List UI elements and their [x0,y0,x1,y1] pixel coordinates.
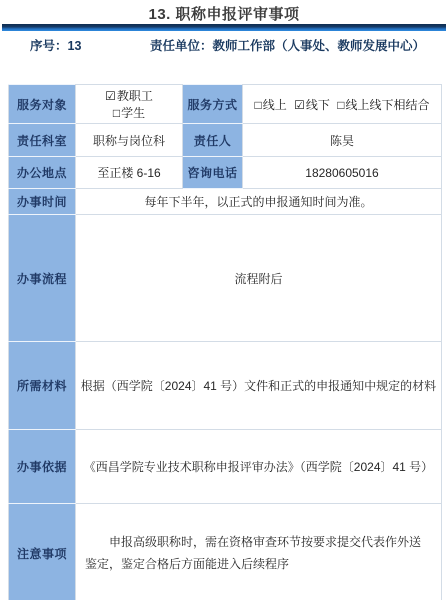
checkbox-checked-icon: ☑ [105,89,116,103]
phone-value-cell: 18280605016 [243,157,442,189]
checkbox-option-label: 教职工 [117,89,153,103]
serial-number-label: 序号： [30,39,68,53]
legal-basis-label-cell: 办事依据 [9,430,76,504]
service-time-value-cell: 每年下半年，以正式的申报通知时间为准。 [76,189,442,215]
checkbox-unchecked-icon: □ [113,106,120,120]
checkbox-unchecked-icon: □ [337,98,344,112]
checkbox-option-label: 线上 [263,98,287,112]
service-time-label-cell: 办事时间 [9,189,76,215]
checkbox-option: ☑教职工 [105,87,153,104]
table-row: 办公地点 至正楼 6-16 咨询电话 18280605016 [9,157,442,189]
notes-value-cell: 申报高级职称时，需在资格审查环节按要求提交代表作外送鉴定，鉴定合格后方面能进入后… [76,504,442,600]
phone-label-cell: 咨询电话 [183,157,243,189]
accent-divider-bar [2,24,446,31]
service-mode-label-cell: 服务方式 [183,85,243,124]
table-row: 办事流程 流程附后 [9,215,442,342]
table-row: 责任科室 职称与岗位科 责任人 陈昊 [9,124,442,157]
service-target-label-cell: 服务对象 [9,85,76,124]
serial-number-value: 13 [68,39,82,53]
legal-basis-value-cell: 《西昌学院专业技术职称申报评审办法》（西学院〔2024〕41 号） [76,430,442,504]
responsible-unit-label: 责任单位： [150,39,213,53]
table-row: 服务对象 ☑教职工 □学生 服务方式 □线上 ☑线下 □线上线下相结合 [9,85,442,124]
office-location-value-cell: 至正楼 6-16 [76,157,183,189]
page-title: 13. 职称申报评审事项 [0,3,448,24]
responsible-person-label-cell: 责任人 [183,124,243,157]
serial-number: 序号：13 [30,36,81,54]
checkbox-option-label: 线下 [306,98,330,112]
notes-paragraph: 申报高级职称时，需在资格审查环节按要求提交代表作外送鉴定，鉴定合格后方面能进入后… [85,531,432,575]
table-row: 注意事项 申报高级职称时，需在资格审查环节按要求提交代表作外送鉴定，鉴定合格后方… [9,504,442,600]
responsible-unit: 责任单位：教师工作部（人事处、教师发展中心） [150,36,425,54]
meta-row: 序号：13 责任单位：教师工作部（人事处、教师发展中心） [0,36,448,52]
required-materials-value-cell: 根据（西学院〔2024〕41 号）文件和正式的申报通知中规定的材料 [76,342,442,430]
document-page: 13. 职称申报评审事项 序号：13 责任单位：教师工作部（人事处、教师发展中心… [0,0,448,600]
responsible-section-label-cell: 责任科室 [9,124,76,157]
service-target-value-cell: ☑教职工 □学生 [76,85,183,124]
checkbox-option-label: 学生 [121,106,145,120]
notes-label-cell: 注意事项 [9,504,76,600]
service-info-table: 服务对象 ☑教职工 □学生 服务方式 □线上 ☑线下 □线上线下相结合 责任科室… [8,84,442,600]
process-flow-label-cell: 办事流程 [9,215,76,342]
checkbox-checked-icon: ☑ [294,98,305,112]
responsible-section-value-cell: 职称与岗位科 [76,124,183,157]
table-row: 办事时间 每年下半年，以正式的申报通知时间为准。 [9,189,442,215]
responsible-unit-value: 教师工作部（人事处、教师发展中心） [213,39,426,53]
checkbox-option-label: 线上线下相结合 [345,98,429,112]
checkbox-option: ☑线下 [294,96,330,113]
checkbox-unchecked-icon: □ [255,98,262,112]
table-row: 所需材料 根据（西学院〔2024〕41 号）文件和正式的申报通知中规定的材料 [9,342,442,430]
required-materials-label-cell: 所需材料 [9,342,76,430]
service-mode-value-cell: □线上 ☑线下 □线上线下相结合 [243,85,442,124]
table-row: 办事依据 《西昌学院专业技术职称申报评审办法》（西学院〔2024〕41 号） [9,430,442,504]
responsible-person-value-cell: 陈昊 [243,124,442,157]
process-flow-value-cell: 流程附后 [76,215,442,342]
checkbox-option: □学生 [113,104,145,121]
office-location-label-cell: 办公地点 [9,157,76,189]
checkbox-option: □线上 [255,96,287,113]
checkbox-option: □线上线下相结合 [337,96,429,113]
